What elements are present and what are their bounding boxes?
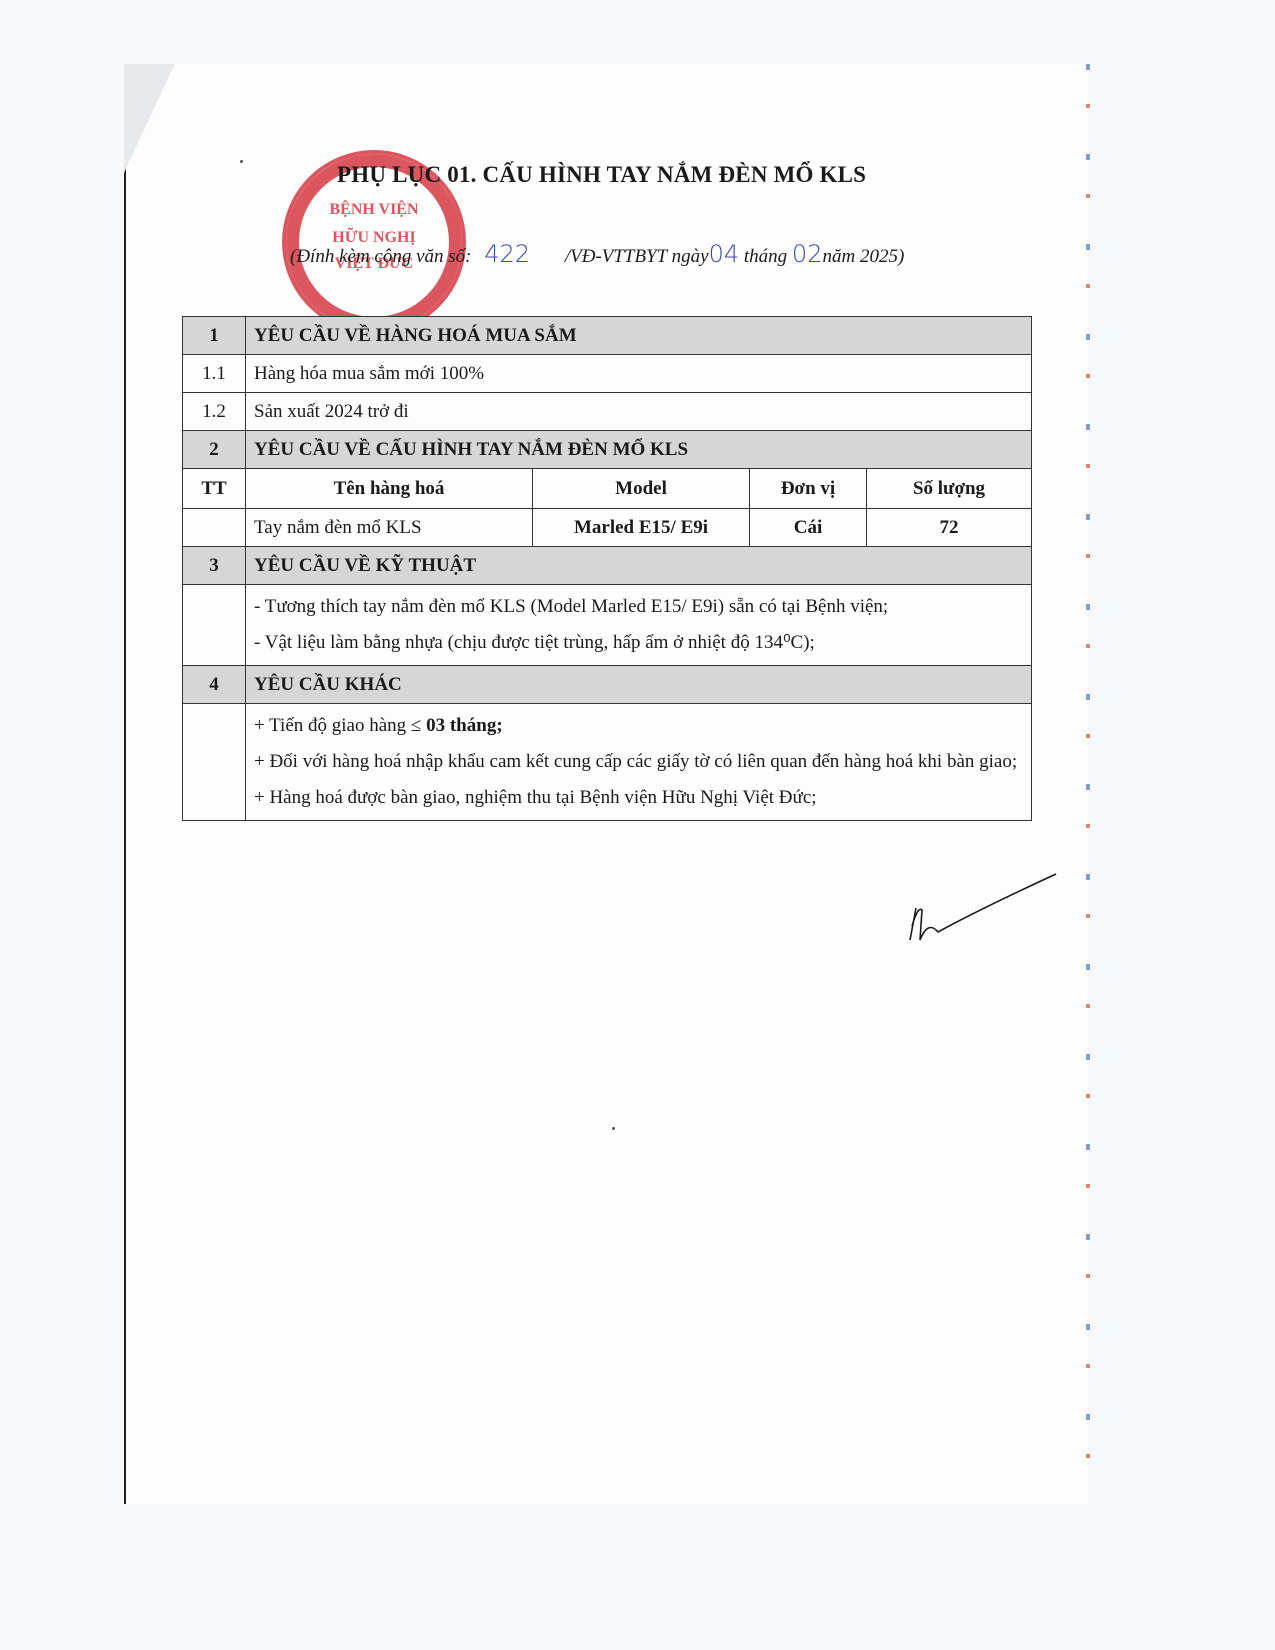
other-line-delivery: + Tiến độ giao hàng ≤ 03 tháng; (254, 708, 1023, 744)
page-fold-shadow (124, 64, 184, 204)
document-title: PHỤ LỤC 01. CẤU HÌNH TAY NẮM ĐÈN MỔ KLS (337, 162, 866, 188)
other-line-import: + Đối với hàng hoá nhập khẩu cam kết cun… (254, 744, 1023, 780)
delivery-prefix: + Tiến độ giao hàng ≤ (254, 715, 426, 736)
table-row: 1.2 Sản xuất 2024 trở đi (183, 393, 1032, 431)
handwritten-day: 04 (709, 240, 740, 268)
section-2-header: 2 YÊU CẦU VỀ CẤU HÌNH TAY NẮM ĐÈN MỔ KLS (183, 431, 1032, 469)
handwritten-doc-number: 422 (484, 240, 530, 268)
section-title: YÊU CẦU VỀ KỸ THUẬT (246, 547, 1032, 585)
other-line-handover: + Hàng hoá được bàn giao, nghiệm thu tại… (254, 780, 1023, 816)
col-header-tt: TT (183, 469, 246, 509)
table-row: 1.1 Hàng hóa mua sắm mới 100% (183, 355, 1032, 393)
other-requirements: + Tiến độ giao hàng ≤ 03 tháng; + Đối vớ… (246, 704, 1032, 821)
stamp-line-1: BỆNH VIỆN (286, 198, 462, 222)
item-text: Hàng hóa mua sắm mới 100% (246, 355, 1032, 393)
section-number: 1 (183, 317, 246, 355)
cell-quantity: 72 (867, 509, 1032, 547)
item-text: Sản xuất 2024 trở đi (246, 393, 1032, 431)
section-title: YÊU CẦU VỀ HÀNG HOÁ MUA SẮM (246, 317, 1032, 355)
col-header-quantity: Số lượng (867, 469, 1032, 509)
item-number: 1.1 (183, 355, 246, 393)
col-header-name: Tên hàng hoá (246, 469, 533, 509)
table-row: + Tiến độ giao hàng ≤ 03 tháng; + Đối vớ… (183, 704, 1032, 821)
product-table-header: TT Tên hàng hoá Model Đơn vị Số lượng (183, 469, 1032, 509)
table-row: Tay nắm đèn mổ KLS Marled E15/ E9i Cái 7… (183, 509, 1032, 547)
requirements-table: 1 YÊU CẦU VỀ HÀNG HOÁ MUA SẮM 1.1 Hàng h… (182, 316, 1032, 821)
technical-requirements: - Tương thích tay nắm đèn mổ KLS (Model … (246, 585, 1032, 666)
item-number: 1.2 (183, 393, 246, 431)
table-row: - Tương thích tay nắm đèn mổ KLS (Model … (183, 585, 1032, 666)
section-1-header: 1 YÊU CẦU VỀ HÀNG HOÁ MUA SẮM (183, 317, 1032, 355)
subtitle-month-label: tháng (744, 246, 787, 267)
col-header-model: Model (533, 469, 750, 509)
section-title: YÊU CẦU KHÁC (246, 666, 1032, 704)
subtitle-year: năm 2025) (822, 246, 904, 267)
scan-speck (240, 160, 243, 163)
handwritten-month: 02 (792, 240, 823, 268)
empty-cell (183, 585, 246, 666)
tech-line-1: - Tương thích tay nắm đèn mổ KLS (Model … (254, 589, 1023, 625)
tech-line-2: - Vật liệu làm bằng nhựa (chịu được tiệt… (254, 625, 1023, 661)
section-4-header: 4 YÊU CẦU KHÁC (183, 666, 1032, 704)
section-title: YÊU CẦU VỀ CẤU HÌNH TAY NẮM ĐÈN MỔ KLS (246, 431, 1032, 469)
subtitle-code: /VĐ-VTTBYT ngày (565, 246, 709, 267)
section-number: 2 (183, 431, 246, 469)
page-edge-marks (1086, 64, 1090, 1464)
cell-unit: Cái (750, 509, 867, 547)
scan-speck (612, 1127, 615, 1130)
section-number: 4 (183, 666, 246, 704)
cell-tt (183, 509, 246, 547)
col-header-unit: Đơn vị (750, 469, 867, 509)
document-subtitle: (Đính kèm công văn số: 422 /VĐ-VTTBYT ng… (290, 240, 904, 268)
section-number: 3 (183, 547, 246, 585)
signature (898, 870, 1058, 950)
cell-model: Marled E15/ E9i (533, 509, 750, 547)
section-3-header: 3 YÊU CẦU VỀ KỸ THUẬT (183, 547, 1032, 585)
cell-name: Tay nắm đèn mổ KLS (246, 509, 533, 547)
delivery-value: 03 tháng; (426, 715, 503, 736)
empty-cell (183, 704, 246, 821)
subtitle-prefix: (Đính kèm công văn số: (290, 246, 472, 267)
